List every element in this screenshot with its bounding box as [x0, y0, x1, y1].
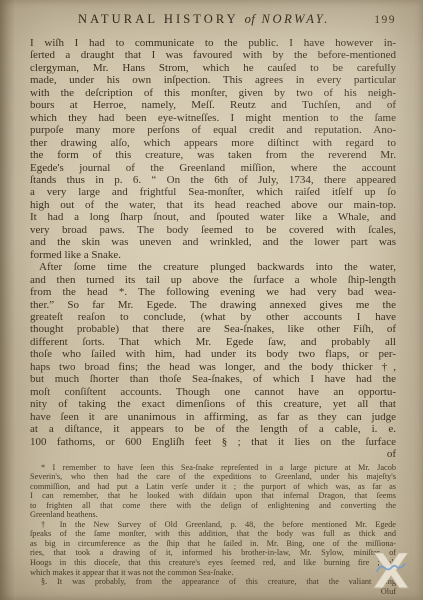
paragraph: After ſome time the creature plunged bac… — [30, 261, 396, 448]
text-line: different ſorts. That which Mr. Egede ſa… — [30, 336, 396, 348]
text-line: the form of this creature, was taken fro… — [30, 149, 396, 161]
running-title-of: of — [245, 12, 256, 26]
text-line: Egede's journal of the Greenland miſſion… — [30, 162, 396, 174]
text-line: to frighten all that come there with the… — [30, 501, 396, 511]
text-line: and the skin was uneven and wrinkled, an… — [30, 236, 396, 248]
text-line: nity of taking the exact dimenſions of t… — [30, 398, 396, 410]
text-line: thought probable) that there are Sea-ſna… — [30, 323, 396, 335]
text-line: at a diſtance, it appears to be of the l… — [30, 423, 396, 435]
text-line: * I remember to have ſeen this Sea-ſnake… — [30, 463, 396, 473]
text-line: ſerted a draught that I was favoured wit… — [30, 49, 396, 61]
text-line: §. It was probably, from the appearance … — [30, 577, 396, 587]
catchword-footnote: Oluf — [30, 587, 396, 597]
watermark-x-logo: X — [368, 542, 414, 596]
text-line: and then turned its tail up above the ſu… — [30, 274, 396, 286]
text-line: moſt conſiſtent accounts. Though one can… — [30, 386, 396, 398]
text-column: I wiſh I had to communicate to the publi… — [30, 37, 396, 596]
text-line: a very large and frightful Sea-monſter, … — [30, 186, 396, 198]
text-line: commiſſion, and had put a Latin verſe un… — [30, 482, 396, 492]
text-line: purpoſe many more perſons of equal credi… — [30, 124, 396, 136]
text-line: After ſome time the creature plunged bac… — [30, 261, 396, 273]
running-title: NATURAL HISTORY of NORWAY. — [54, 12, 354, 27]
text-line: clergyman, Mr. Hans Strom, which he cauſ… — [30, 62, 396, 74]
text-line: bours at Herroe, namely, Meſſ. Reutz and… — [30, 99, 396, 111]
text-line: formed like a Snake. — [30, 249, 396, 261]
catchword-main: of — [30, 448, 396, 461]
text-line: haps two broad fins; the head was longer… — [30, 361, 396, 373]
text-line: ries, that took a drawing of it, informe… — [30, 548, 396, 558]
paragraph: * I remember to have ſeen this Sea-ſnake… — [30, 463, 396, 520]
text-line: ther drawing alſo, which appears more di… — [30, 137, 396, 149]
text-line: I wiſh I had to communicate to the publi… — [30, 37, 396, 49]
text-line: ſpeaks of the ſame monſter, with this ad… — [30, 529, 396, 539]
paragraph: I wiſh I had to communicate to the publi… — [30, 37, 396, 261]
text-line: as big in circumference as the ſhip that… — [30, 539, 396, 549]
text-line: which they had been eye-witneſſes. I mig… — [30, 112, 396, 124]
text-line: thoſe who ſailed with him, had under its… — [30, 348, 396, 360]
book-page: NATURAL HISTORY of NORWAY. 199 I wiſh I … — [0, 0, 423, 600]
text-line: greateſt reaſon to conclude, (what by ot… — [30, 311, 396, 323]
page-number: 199 — [374, 14, 396, 26]
text-line: † In the New Survey of Old Greenland, p.… — [30, 520, 396, 530]
text-line: ther.” So far Mr. Egede. The drawing ann… — [30, 299, 396, 311]
text-line: Severin's, who then had the care of the … — [30, 472, 396, 482]
page-header: NATURAL HISTORY of NORWAY. 199 — [30, 12, 396, 29]
running-title-main: NATURAL HISTORY — [78, 12, 238, 26]
text-line: Greenland heathens. — [30, 510, 396, 520]
text-line: very broad paws. The body ſeemed to be c… — [30, 224, 396, 236]
text-line: with the deſcription of this monſter, gi… — [30, 87, 396, 99]
text-line: ſtands thus in p. 6. “ On the 6th of Jul… — [30, 174, 396, 186]
text-line: which makes it appear that it was not th… — [30, 568, 396, 578]
text-line: but much ſhorter than thoſe Sea-ſnakes, … — [30, 373, 396, 385]
text-line: Hoogs in this dioceſe, that this creatur… — [30, 558, 396, 568]
watermark-x-icon: X — [368, 542, 414, 596]
footnotes-block: * I remember to have ſeen this Sea-ſnake… — [30, 463, 396, 587]
text-line: from the head *. The following evening w… — [30, 286, 396, 298]
text-line: have ſeen it are unanimous in affirming,… — [30, 411, 396, 423]
text-line: It had a long ſharp ſnout, and ſpouted w… — [30, 211, 396, 223]
running-title-norway: NORWAY. — [262, 12, 330, 26]
text-line: I can remember, that he looked with diſd… — [30, 491, 396, 501]
paragraph: † In the New Survey of Old Greenland, p.… — [30, 520, 396, 577]
main-text: I wiſh I had to communicate to the publi… — [30, 37, 396, 448]
paragraph: §. It was probably, from the appearance … — [30, 577, 396, 587]
text-line: high out of the water, that its head rea… — [30, 199, 396, 211]
text-line: 100 fathoms, or 600 Engliſh feet § ; tha… — [30, 436, 396, 448]
text-line: made, under his own inſpection. This agr… — [30, 74, 396, 86]
